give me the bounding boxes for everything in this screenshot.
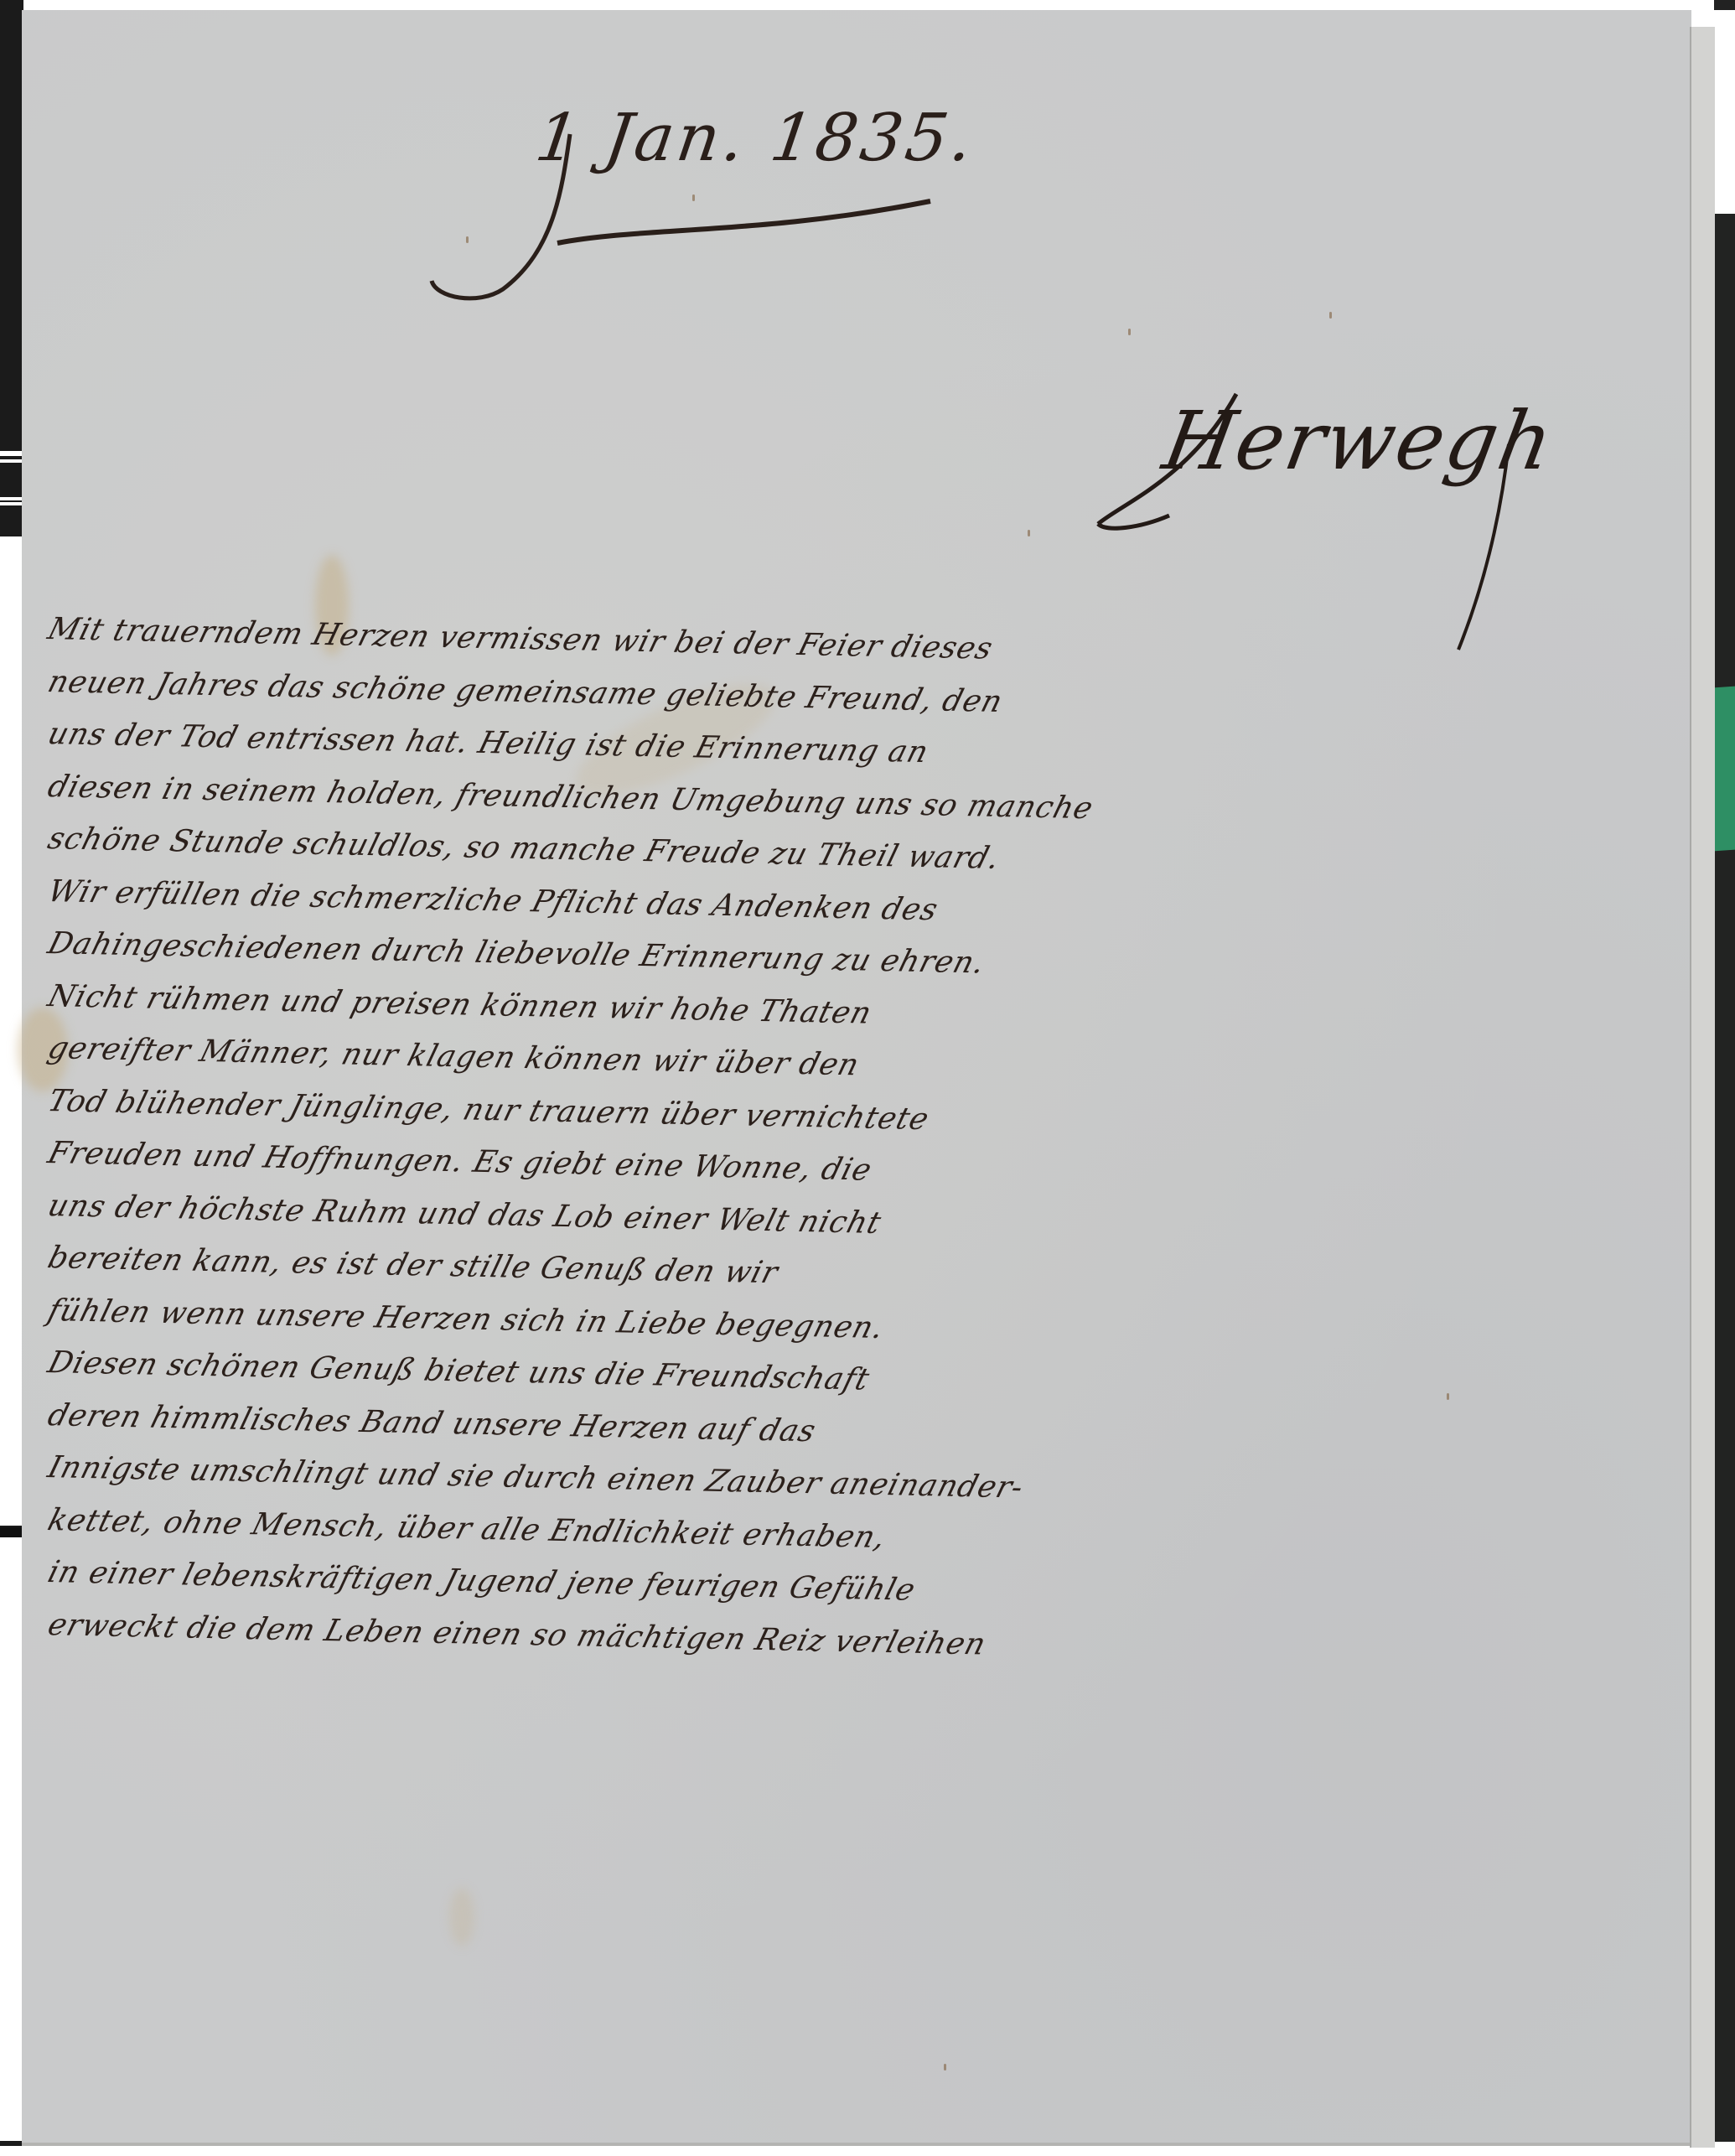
scan-artifact: [0, 1527, 23, 1537]
author-signature: Herwegh: [1157, 394, 1561, 488]
paper-speck: [1028, 530, 1030, 536]
paper-speck: [1128, 329, 1131, 335]
second-sheet-edge: [1690, 27, 1715, 2148]
paper-speck: [1447, 1393, 1449, 1400]
scan-artifact: [0, 451, 23, 456]
paper-speck: [944, 2064, 946, 2070]
letter-body: Mit trauerndem Herzen vermissen wir bei …: [49, 604, 1222, 1651]
letter-date: 1 Jan. 1835.: [531, 101, 981, 176]
scan-artifact: [0, 1537, 23, 2141]
scan-artifact: [0, 497, 23, 500]
scan-border-top-right: [1714, 0, 1735, 10]
scan-artifact: [0, 459, 23, 463]
scan-artifact: [0, 502, 23, 505]
paper-speck: [1329, 312, 1332, 319]
paper-stain: [449, 1888, 474, 1946]
